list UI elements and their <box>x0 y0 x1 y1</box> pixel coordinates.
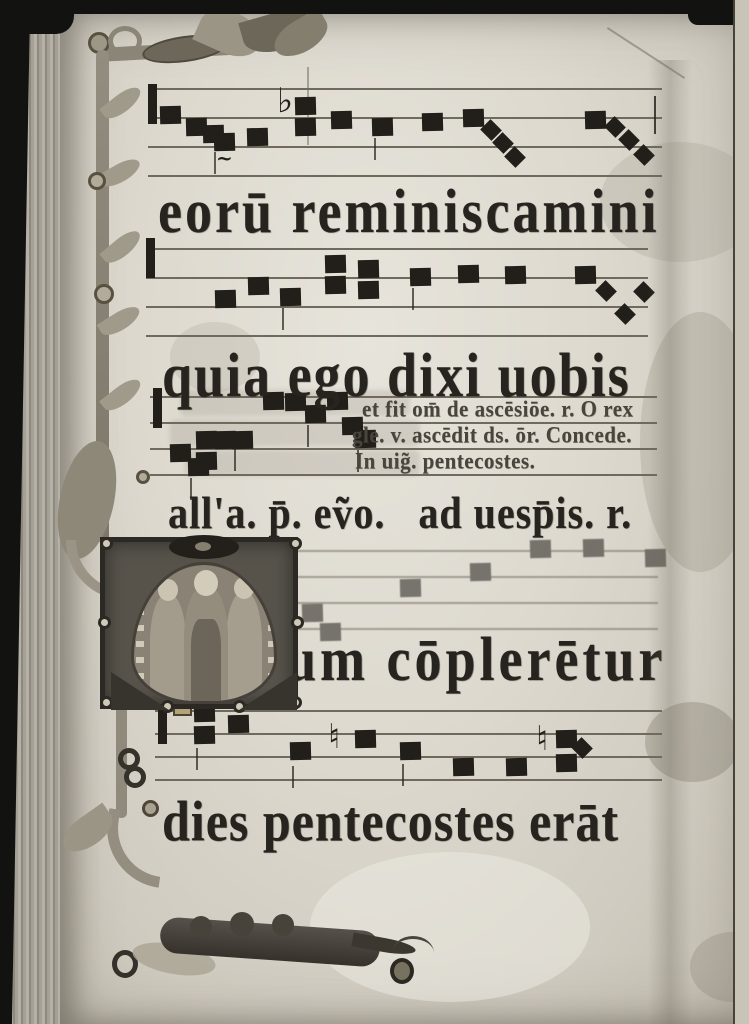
note-stem <box>234 449 236 471</box>
neume-square <box>358 260 379 279</box>
border-ball <box>88 172 106 190</box>
neume-diamond <box>595 280 617 302</box>
initial-boss <box>291 616 304 629</box>
initial-boss <box>98 616 111 629</box>
initial-top-eye <box>169 535 239 559</box>
figure-right-head <box>234 577 254 599</box>
initial-boss <box>233 700 246 713</box>
flourish-bump <box>190 916 212 938</box>
neume-square <box>400 579 421 598</box>
staff-line <box>155 733 662 735</box>
note-stem <box>282 308 284 330</box>
neume-square <box>556 754 577 773</box>
neume-square <box>410 268 431 287</box>
staff-line <box>155 779 662 781</box>
figure-center-head <box>194 570 218 596</box>
neume-square <box>290 742 311 761</box>
neume-square <box>228 715 249 734</box>
figure-right <box>226 593 262 704</box>
left-foliate-border <box>60 12 220 1024</box>
flourish-end-ball <box>390 958 414 984</box>
neume-square <box>248 277 269 296</box>
neume-square <box>585 111 606 130</box>
staff-line <box>146 248 648 250</box>
staff-line <box>266 576 658 578</box>
natural-sign: ♮ <box>536 722 548 756</box>
neume-square <box>506 758 527 777</box>
neume-square <box>470 563 491 582</box>
neume-square <box>530 540 551 559</box>
rubric-line-3: In uig̃. pentecostes. <box>355 450 535 473</box>
neume-square <box>232 431 253 450</box>
page-edge-right <box>733 0 749 1024</box>
neume-square <box>400 742 421 761</box>
note-stem <box>374 138 376 160</box>
neume-square <box>280 288 301 307</box>
neume-square <box>325 276 346 295</box>
neume-square <box>358 281 379 300</box>
staff-line <box>155 710 662 712</box>
note-stem <box>292 766 294 788</box>
chant-text-line-4: um cōplerētur <box>286 628 666 690</box>
border-ball <box>94 284 114 304</box>
chant-text-line-5: dies pentecostes erāt <box>162 792 619 850</box>
chant-text-line-3: all'a. p̄. eṽo. ad uesp̄is. r. <box>168 490 632 536</box>
page-fold-shadow <box>648 60 692 1024</box>
neume-square <box>453 758 474 777</box>
rubric-line-2: gle. v. ascēdit ds. ōr. Concede. <box>352 424 632 447</box>
photo-black-border-top <box>0 0 749 14</box>
natural-sign: ♮ <box>328 720 340 754</box>
neume-square <box>458 265 479 284</box>
initial-arch <box>131 562 277 704</box>
manuscript-photo: ~♭♮♮ eorū reminiscamini quia ego dixi uo… <box>0 0 749 1024</box>
neume-square <box>355 730 376 749</box>
bead-chain <box>268 577 276 695</box>
flourish-bump <box>272 914 294 936</box>
neume-square <box>325 255 346 274</box>
parchment-page: ~♭♮♮ eorū reminiscamini quia ego dixi uo… <box>60 12 749 1024</box>
chant-text-line-1: eorū reminiscamini <box>158 180 659 242</box>
neume-square <box>583 539 604 558</box>
staff-line <box>266 602 658 604</box>
historiated-initial-D <box>100 537 298 709</box>
note-stem <box>307 425 309 447</box>
rubric-line-1: et fit om̄ de ascēsiōe. r. O rex <box>362 398 634 421</box>
staff-line <box>150 474 657 476</box>
figure-center-robe <box>191 619 221 704</box>
note-stem <box>412 288 414 310</box>
staff-line <box>146 335 648 337</box>
flourish-bump <box>230 912 254 936</box>
neume-square <box>575 266 596 285</box>
figure-left-head <box>158 579 178 601</box>
border-ball <box>136 470 150 484</box>
neume-square <box>302 604 323 623</box>
note-stem <box>402 764 404 786</box>
s-knot <box>124 766 146 788</box>
staff-line <box>146 277 648 279</box>
photo-black-corner <box>0 0 74 34</box>
initial-boss <box>100 537 113 550</box>
initial-boss <box>289 537 302 550</box>
figure-left <box>150 595 186 704</box>
bead-chain <box>136 577 144 695</box>
bottom-foliate-flourish <box>60 912 560 1024</box>
neume-square <box>505 266 526 285</box>
